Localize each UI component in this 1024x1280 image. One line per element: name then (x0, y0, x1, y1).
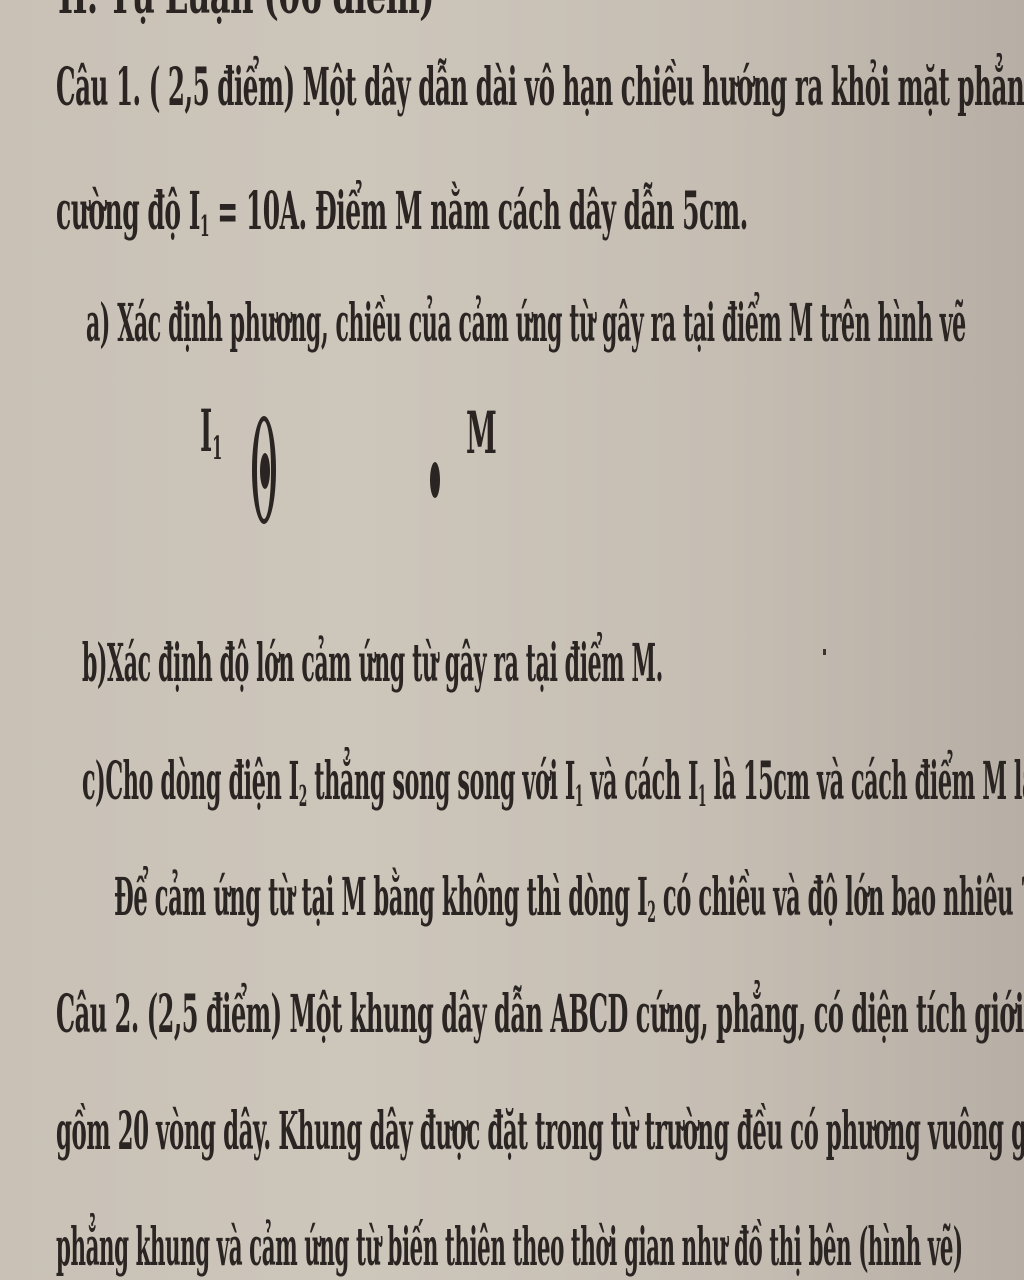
question-2-line-2: gồm 20 vòng dây. Khung dây được đặt tron… (56, 1106, 1024, 1158)
question-1-part-c-line-1: c)Cho dòng điện I2 thẳng song song với I… (82, 756, 1024, 811)
section-title-cropped: II. Tự Luận (06 điểm) (58, 0, 434, 22)
question-1-part-a: a) Xác định phương, chiều của cảm ứng từ… (86, 298, 966, 350)
question-2-line-3: phẳng khung và cảm ứng từ biến thiên the… (56, 1222, 963, 1274)
question-2-line-1: Câu 2. (2,5 điểm) Một khung dây dẫn ABCD… (56, 988, 1024, 1041)
question-2-points: (2,5 điểm) (147, 984, 282, 1045)
question-1-part-b: b)Xác định độ lớn cảm ứng từ gây ra tại … (82, 638, 663, 690)
current-center-dot-icon (260, 453, 270, 489)
question-1-text: Một dây dẫn dài vô hạn chiều hướng ra kh… (303, 57, 1024, 118)
question-1-line-1: Câu 1. ( 2,5 điểm) Một dây dẫn dài vô hạ… (56, 62, 1024, 114)
point-m-dot-icon (430, 462, 440, 498)
point-m-label: M (466, 404, 497, 462)
current-i1-label: I1 (200, 402, 222, 465)
question-1-label: Câu 1. (56, 57, 141, 118)
question-1-line-2: cường độ I1 = 10A. Điểm M nằm cách dây d… (56, 186, 748, 241)
question-2-label: Câu 2. (56, 984, 139, 1045)
paper-speck (823, 649, 826, 655)
question-1-points: ( 2,5 điểm) (149, 57, 295, 118)
question-1-part-c-line-2: Để cảm ứng từ tại M bằng không thì dòng … (114, 872, 1024, 927)
